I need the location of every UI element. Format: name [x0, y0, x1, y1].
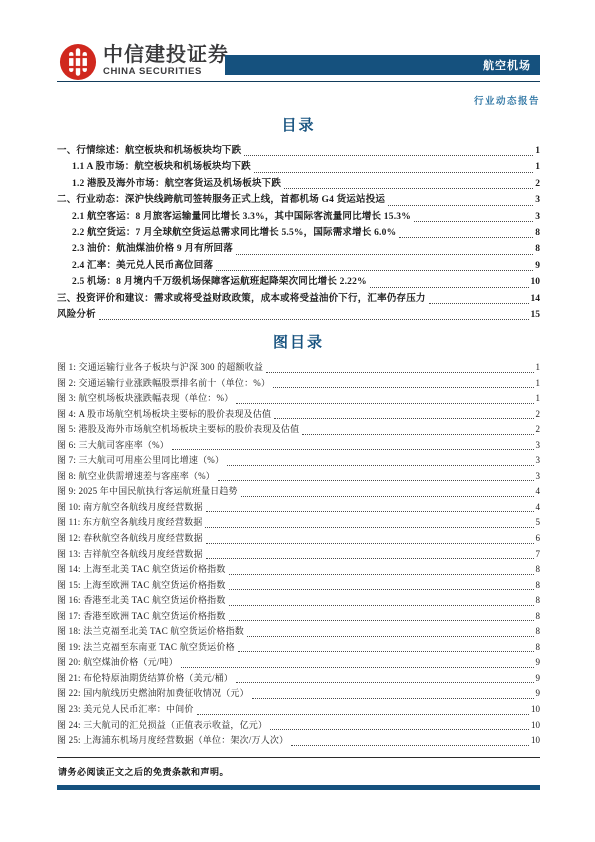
figure-item-label: 图 14: 上海至北美 TAC 航空货运价格指数	[57, 562, 226, 578]
figure-item-label: 图 2: 交通运输行业涨跌幅股票排名前十（单位：%）	[57, 376, 270, 392]
figure-item-label: 图 24: 三大航司的汇兑损益（正值表示收益，亿元）	[57, 718, 267, 734]
sector-label: 航空机场	[483, 57, 540, 73]
toc-item-page: 2	[535, 176, 540, 192]
figure-item-label: 图 12: 春秋航空各航线月度经营数据	[57, 531, 203, 547]
toc-item[interactable]: 2.2 航空货运：7 月全球航空货运总需求同比增长 5.5%，国际需求增长 6.…	[57, 225, 540, 241]
figure-item-label: 图 21: 布伦特原油期货结算价格（美元/桶）	[57, 671, 233, 687]
figure-item[interactable]: 图 8: 航空业供需增速差与客座率（%） 3	[57, 469, 540, 485]
figure-leader-dots	[229, 589, 534, 590]
toc-leader-dots	[429, 303, 529, 304]
toc-item[interactable]: 2.3 油价：航油煤油价格 9 月有所回落 8	[57, 241, 540, 257]
figure-item-label: 图 9: 2025 年中国民航执行客运航班量日趋势	[57, 484, 238, 500]
figure-item-page: 8	[536, 578, 541, 594]
figure-item-page: 3	[536, 438, 541, 454]
toc-item-page: 3	[535, 192, 540, 208]
figure-item-label: 图 17: 香港至欧洲 TAC 航空货运价格指数	[57, 609, 226, 625]
figure-item[interactable]: 图 11: 东方航空各航线月度经营数据 5	[57, 515, 540, 531]
figure-item-page: 10	[531, 702, 540, 718]
toc-item-page: 3	[535, 209, 540, 225]
figures-title: 图目录	[57, 331, 540, 352]
figure-item[interactable]: 图 4: A 股市场航空机场板块主要标的股价表现及估值 2	[57, 407, 540, 423]
figure-item-label: 图 5: 港股及海外市场航空机场板块主要标的股价表现及估值	[57, 422, 299, 438]
figure-item-label: 图 11: 东方航空各航线月度经营数据	[57, 515, 202, 531]
figure-leader-dots	[236, 403, 533, 404]
figure-item[interactable]: 图 13: 吉祥航空各航线月度经营数据 7	[57, 547, 540, 563]
figure-leader-dots	[197, 714, 529, 715]
toc-title: 目录	[57, 114, 540, 135]
figure-item[interactable]: 图 23: 美元兑人民币汇率：中间价 10	[57, 702, 540, 718]
figure-leader-dots	[241, 496, 534, 497]
figure-item[interactable]: 图 22: 国内航线历史燃油附加费征收情况（元） 9	[57, 686, 540, 702]
toc-item-label: 2.5 机场：8 月境内千万级机场保障客运航班起降架次同比增长 2.22%	[72, 274, 367, 290]
figure-item[interactable]: 图 16: 香港至北美 TAC 航空货运价格指数 8	[57, 593, 540, 609]
brand-text: 中信建投证券 CHINA SECURITIES	[103, 43, 229, 78]
figure-item-label: 图 25: 上海浦东机场月度经营数据（单位：架次/万人次）	[57, 733, 288, 749]
toc-item[interactable]: 1.1 A 股市场：航空板块和机场板块均下跌 1	[57, 159, 540, 175]
figure-item-page: 2	[536, 422, 541, 438]
figure-item[interactable]: 图 25: 上海浦东机场月度经营数据（单位：架次/万人次） 10	[57, 733, 540, 749]
toc-leader-dots	[216, 270, 533, 271]
figure-leader-dots	[206, 558, 534, 559]
figure-item-page: 3	[536, 469, 541, 485]
figure-leader-dots	[229, 605, 534, 606]
footer-disclaimer-row: 请务必阅读正文之后的免责条款和声明。	[57, 757, 540, 785]
toc-item-label: 2.4 汇率：美元兑人民币高位回落	[72, 258, 213, 274]
figure-leader-dots	[247, 636, 534, 637]
toc-leader-dots	[244, 155, 533, 156]
footer-disclaimer: 请务必阅读正文之后的免责条款和声明。	[58, 767, 229, 777]
toc-leader-dots	[284, 188, 533, 189]
toc-item-page: 9	[535, 258, 540, 274]
figure-item-page: 8	[536, 562, 541, 578]
figure-item-page: 5	[536, 515, 541, 531]
toc-item[interactable]: 一、行情综述：航空板块和机场板块均下跌 1	[57, 143, 540, 159]
toc-item-label: 2.2 航空货运：7 月全球航空货运总需求同比增长 5.5%，国际需求增长 6.…	[72, 225, 396, 241]
figure-item-label: 图 18: 法兰克福至北美 TAC 航空货运价格指数	[57, 624, 244, 640]
toc-item[interactable]: 三、投资评价和建议：需求或将受益财政政策，成本或将受益油价下行，汇率仍存压力 1…	[57, 291, 540, 307]
figure-item-page: 8	[536, 640, 541, 656]
figure-item-label: 图 4: A 股市场航空机场板块主要标的股价表现及估值	[57, 407, 271, 423]
figure-leader-dots	[273, 387, 533, 388]
figure-item-page: 9	[536, 671, 541, 687]
toc-item-label: 1.2 港股及海外市场：航空客货运及机场板块下跌	[72, 176, 281, 192]
figure-item-page: 9	[536, 655, 541, 671]
citic-logo-icon	[59, 43, 97, 81]
figure-item[interactable]: 图 24: 三大航司的汇兑损益（正值表示收益，亿元） 10	[57, 718, 540, 734]
figure-item[interactable]: 图 1: 交通运输行业各子板块与沪深 300 的超额收益 1	[57, 360, 540, 376]
figure-item-label: 图 7: 三大航司可用座公里同比增速（%）	[57, 453, 224, 469]
figure-item[interactable]: 图 19: 法兰克福至东南亚 TAC 航空货运价格 8	[57, 640, 540, 656]
figure-leader-dots	[172, 449, 534, 450]
toc-leader-dots	[236, 254, 533, 255]
figure-item-label: 图 8: 航空业供需增速差与客座率（%）	[57, 469, 215, 485]
toc-leader-dots	[99, 319, 529, 320]
footer-bar	[57, 785, 540, 790]
toc-item-label: 2.3 油价：航油煤油价格 9 月有所回落	[72, 241, 233, 257]
figure-item[interactable]: 图 21: 布伦特原油期货结算价格（美元/桶） 9	[57, 671, 540, 687]
toc-leader-dots	[399, 237, 533, 238]
figure-item-page: 4	[536, 500, 541, 516]
figure-item-page: 10	[531, 733, 540, 749]
figure-item-page: 7	[536, 547, 541, 563]
figure-item[interactable]: 图 5: 港股及海外市场航空机场板块主要标的股价表现及估值 2	[57, 422, 540, 438]
toc-item-page: 10	[531, 274, 541, 290]
toc-item-label: 二、行业动态：深沪快线跨航司签转服务正式上线，首都机场 G4 货运站投运	[57, 192, 385, 208]
figure-item-label: 图 13: 吉祥航空各航线月度经营数据	[57, 547, 203, 563]
figure-item-page: 9	[536, 686, 541, 702]
figure-item[interactable]: 图 12: 春秋航空各航线月度经营数据 6	[57, 531, 540, 547]
toc-leader-dots	[254, 172, 533, 173]
figure-item[interactable]: 图 7: 三大航司可用座公里同比增速（%） 3	[57, 453, 540, 469]
figure-leader-dots	[227, 465, 533, 466]
toc-item-page: 8	[535, 225, 540, 241]
page-footer: 请务必阅读正文之后的免责条款和声明。	[57, 757, 540, 790]
figure-leader-dots	[252, 698, 534, 699]
figure-item-label: 图 16: 香港至北美 TAC 航空货运价格指数	[57, 593, 226, 609]
figure-item-page: 1	[536, 391, 541, 407]
toc-item-label: 风险分析	[57, 307, 96, 323]
figure-leader-dots	[205, 527, 533, 528]
toc-item-page: 1	[535, 159, 540, 175]
figure-item[interactable]: 图 9: 2025 年中国民航执行客运航班量日趋势 4	[57, 484, 540, 500]
toc-item-label: 一、行情综述：航空板块和机场板块均下跌	[57, 143, 241, 159]
header-rule	[57, 81, 540, 82]
figure-leader-dots	[229, 620, 534, 621]
toc-item[interactable]: 2.4 汇率：美元兑人民币高位回落 9	[57, 258, 540, 274]
brand-logo: 中信建投证券 CHINA SECURITIES	[59, 43, 229, 81]
figure-leader-dots	[236, 682, 533, 683]
figure-item[interactable]: 图 10: 南方航空各航线月度经营数据 4	[57, 500, 540, 516]
sector-banner: 航空机场	[225, 55, 540, 75]
toc-leader-dots	[414, 221, 533, 222]
toc-item-label: 三、投资评价和建议：需求或将受益财政政策，成本或将受益油价下行，汇率仍存压力	[57, 291, 426, 307]
figure-item-page: 8	[536, 593, 541, 609]
toc-leader-dots	[388, 205, 533, 206]
toc-item[interactable]: 1.2 港股及海外市场：航空客货运及机场板块下跌 2	[57, 176, 540, 192]
figure-item-page: 8	[536, 609, 541, 625]
figure-leader-dots	[238, 651, 534, 652]
figure-item[interactable]: 图 18: 法兰克福至北美 TAC 航空货运价格指数 8	[57, 624, 540, 640]
figure-leader-dots	[229, 574, 534, 575]
report-type-label: 行业动态报告	[474, 93, 540, 107]
figure-leader-dots	[274, 418, 533, 419]
figure-item-page: 8	[536, 624, 541, 640]
figure-leader-dots	[206, 511, 534, 512]
figure-item-page: 1	[536, 360, 541, 376]
figure-item-page: 10	[531, 718, 540, 734]
figure-item-label: 图 20: 航空煤油价格（元/吨）	[57, 655, 178, 671]
figure-item-label: 图 1: 交通运输行业各子板块与沪深 300 的超额收益	[57, 360, 263, 376]
figure-leader-dots	[270, 729, 529, 730]
report-toc-page: 中信建投证券 CHINA SECURITIES 航空机场 行业动态报告 目录 一…	[0, 0, 595, 842]
figure-item-label: 图 15: 上海至欧洲 TAC 航空货运价格指数	[57, 578, 226, 594]
figure-item-page: 6	[536, 531, 541, 547]
toc-item[interactable]: 风险分析 15	[57, 307, 540, 323]
figure-item[interactable]: 图 15: 上海至欧洲 TAC 航空货运价格指数 8	[57, 578, 540, 594]
figure-item-page: 2	[536, 407, 541, 423]
toc-section: 目录 一、行情综述：航空板块和机场板块均下跌 1 1.1 A 股市场：航空板块和…	[57, 114, 540, 323]
toc-leader-dots	[370, 287, 529, 288]
toc-item[interactable]: 二、行业动态：深沪快线跨航司签转服务正式上线，首都机场 G4 货运站投运 3	[57, 192, 540, 208]
figure-item-label: 图 19: 法兰克福至东南亚 TAC 航空货运价格	[57, 640, 235, 656]
toc-item-page: 15	[531, 307, 541, 323]
figure-item[interactable]: 图 6: 三大航司客座率（%） 3	[57, 438, 540, 454]
figure-item-label: 图 22: 国内航线历史燃油附加费征收情况（元）	[57, 686, 249, 702]
toc-item[interactable]: 2.5 机场：8 月境内千万级机场保障客运航班起降架次同比增长 2.22% 10	[57, 274, 540, 290]
figure-item[interactable]: 图 20: 航空煤油价格（元/吨） 9	[57, 655, 540, 671]
figure-item[interactable]: 图 2: 交通运输行业涨跌幅股票排名前十（单位：%） 1	[57, 376, 540, 392]
figure-leader-dots	[181, 667, 534, 668]
figure-item[interactable]: 图 14: 上海至北美 TAC 航空货运价格指数 8	[57, 562, 540, 578]
figure-leader-dots	[291, 745, 529, 746]
figure-item-label: 图 10: 南方航空各航线月度经营数据	[57, 500, 203, 516]
figure-item-label: 图 23: 美元兑人民币汇率：中间价	[57, 702, 194, 718]
figure-leader-dots	[206, 543, 534, 544]
figure-item[interactable]: 图 17: 香港至欧洲 TAC 航空货运价格指数 8	[57, 609, 540, 625]
toc-item-page: 1	[535, 143, 540, 159]
figure-item-page: 3	[536, 453, 541, 469]
toc-item[interactable]: 2.1 航空客运：8 月旅客运输量同比增长 3.3%，其中国际客流量同比增长 1…	[57, 209, 540, 225]
toc-item-label: 1.1 A 股市场：航空板块和机场板块均下跌	[72, 159, 251, 175]
figure-leader-dots	[266, 372, 533, 373]
figures-list: 图 1: 交通运输行业各子板块与沪深 300 的超额收益 1 图 2: 交通运输…	[57, 360, 540, 749]
brand-name-cn: 中信建投证券	[103, 44, 229, 66]
figures-section: 图目录 图 1: 交通运输行业各子板块与沪深 300 的超额收益 1 图 2: …	[57, 331, 540, 749]
figure-item[interactable]: 图 3: 航空机场板块涨跌幅表现（单位：%） 1	[57, 391, 540, 407]
figure-item-label: 图 6: 三大航司客座率（%）	[57, 438, 169, 454]
brand-name-en: CHINA SECURITIES	[103, 66, 229, 78]
figure-item-page: 1	[536, 376, 541, 392]
figure-leader-dots	[302, 434, 533, 435]
toc-list: 一、行情综述：航空板块和机场板块均下跌 1 1.1 A 股市场：航空板块和机场板…	[57, 143, 540, 323]
toc-item-label: 2.1 航空客运：8 月旅客运输量同比增长 3.3%，其中国际客流量同比增长 1…	[72, 209, 411, 225]
toc-item-page: 8	[535, 241, 540, 257]
figure-leader-dots	[218, 480, 534, 481]
figure-item-page: 4	[536, 484, 541, 500]
figure-item-label: 图 3: 航空机场板块涨跌幅表现（单位：%）	[57, 391, 233, 407]
toc-item-page: 14	[531, 291, 541, 307]
